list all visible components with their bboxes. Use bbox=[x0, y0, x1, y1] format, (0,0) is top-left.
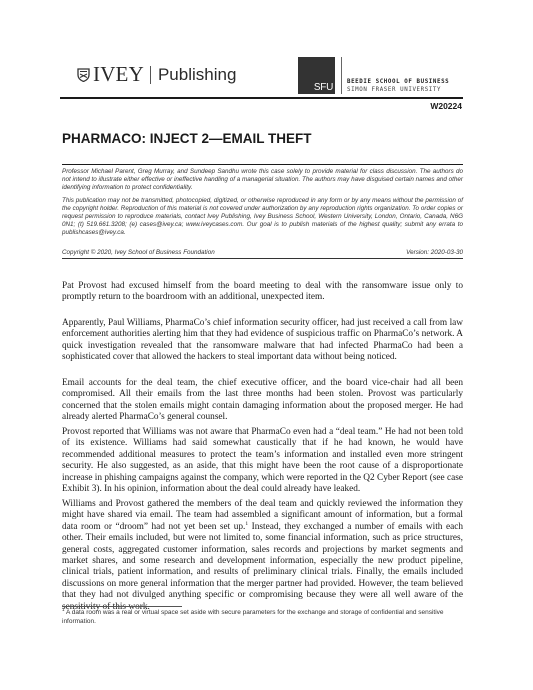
header-rule bbox=[60, 97, 463, 99]
sfu-logo-text: SFU bbox=[314, 82, 333, 93]
ivey-crest-icon bbox=[77, 68, 90, 82]
paragraph-2: Apparently, Paul Williams, PharmaCo’s ch… bbox=[62, 318, 463, 364]
copyright-text: Copyright © 2020, Ivey School of Busines… bbox=[62, 249, 215, 256]
footnote-text: A data room was a real or virtual space … bbox=[62, 609, 444, 625]
document-header: IVEY Publishing SFU BEEDIE SCHOOL OF BUS… bbox=[60, 56, 463, 98]
footnote-rule bbox=[62, 606, 182, 607]
copyright-row: Copyright © 2020, Ivey School of Busines… bbox=[62, 249, 463, 256]
paragraph-4: Provost reported that Williams was not a… bbox=[62, 427, 463, 495]
paragraph-3: Email accounts for the deal team, the ch… bbox=[62, 378, 463, 424]
footnote-1: 1 A data room was a real or virtual spac… bbox=[62, 609, 463, 626]
publishing-label: Publishing bbox=[158, 66, 236, 83]
authorship-notice: Professor Michael Parent, Greg Murray, a… bbox=[62, 168, 463, 192]
paragraph-5-end: Instead, they exchanged a number of emai… bbox=[62, 522, 463, 612]
partner-university-name: SIMON FRASER UNIVERSITY bbox=[347, 87, 441, 93]
logo-divider bbox=[150, 66, 151, 84]
sfu-logo: SFU bbox=[298, 57, 335, 94]
document-title: PHARMACO: INJECT 2—EMAIL THEFT bbox=[62, 131, 312, 146]
title-rule bbox=[62, 164, 463, 165]
permissions-notice: This publication may not be transmitted,… bbox=[62, 197, 463, 237]
ivey-wordmark: IVEY bbox=[93, 64, 144, 85]
copyright-rule bbox=[62, 258, 463, 259]
paragraph-5: Williams and Provost gathered the member… bbox=[62, 499, 463, 613]
sfu-divider bbox=[341, 57, 342, 94]
version-text: Version: 2020-03-30 bbox=[406, 249, 463, 256]
ivey-publishing-logo: IVEY Publishing bbox=[77, 64, 236, 85]
partner-school-name: BEEDIE SCHOOL OF BUSINESS bbox=[347, 79, 449, 85]
case-number: W20224 bbox=[430, 101, 462, 111]
paragraph-1: Pat Provost had excused himself from the… bbox=[62, 281, 463, 304]
